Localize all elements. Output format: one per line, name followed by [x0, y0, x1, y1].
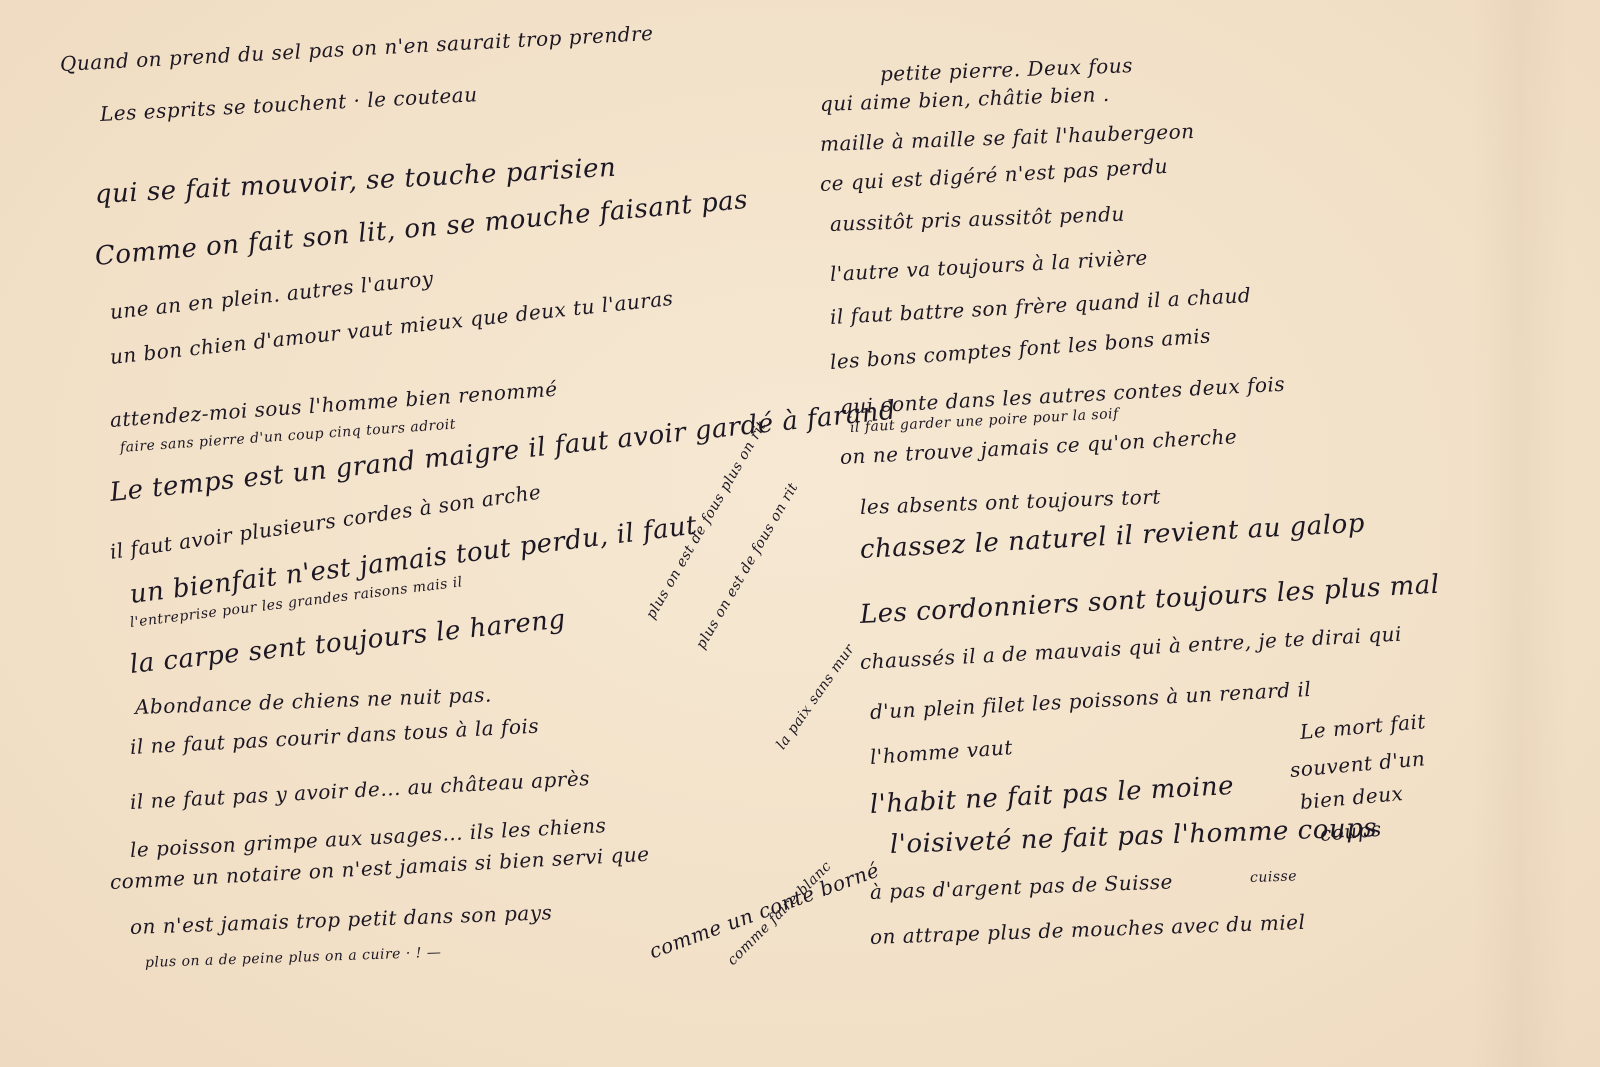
handwritten-line: cuisse: [1250, 868, 1298, 886]
